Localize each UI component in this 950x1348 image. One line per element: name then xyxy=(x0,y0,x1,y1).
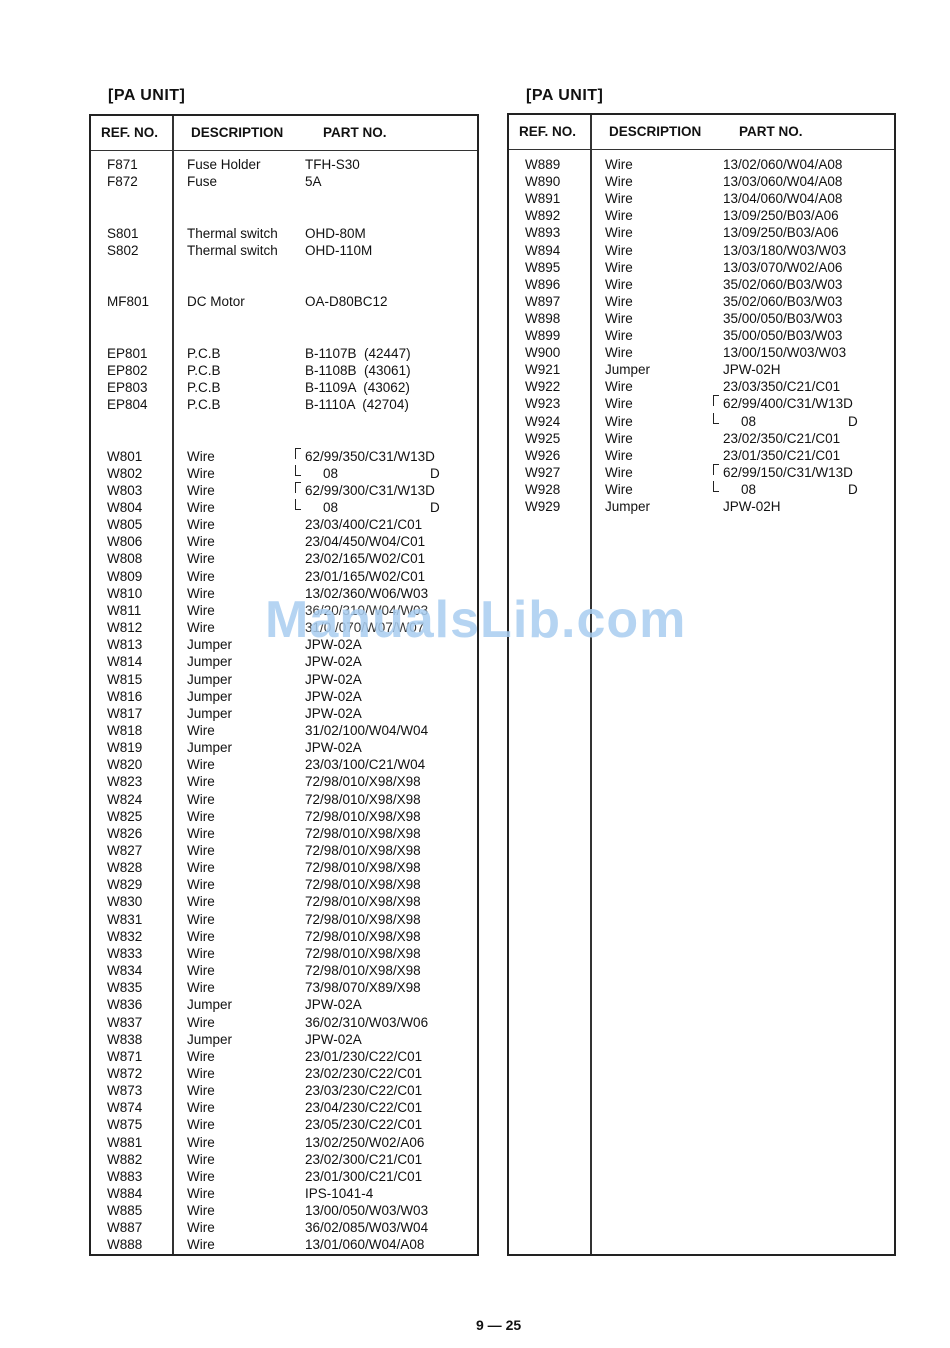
part-no: 13/00/050/W03/W03 xyxy=(305,1202,428,1219)
description: Jumper xyxy=(187,688,232,705)
ref-no: W883 xyxy=(107,1168,142,1185)
ref-no: W873 xyxy=(107,1082,142,1099)
table-row: W887Wire36/02/085/W03/W04 xyxy=(91,1219,477,1236)
part-no: 13/03/060/W04/A08 xyxy=(723,173,842,190)
description: Fuse xyxy=(187,173,217,190)
table-row: W891Wire13/04/060/W04/A08 xyxy=(509,190,894,207)
description: Wire xyxy=(187,1134,215,1151)
part-no: 62/99/400/C31/W13D xyxy=(723,395,853,412)
description: Wire xyxy=(605,224,633,241)
ref-no: W881 xyxy=(107,1134,142,1151)
part-no: 13/01/060/W04/A08 xyxy=(305,1236,424,1253)
description: Thermal switch xyxy=(187,242,278,259)
ref-no: W809 xyxy=(107,568,142,585)
table-row: W824Wire72/98/010/X98/X98 xyxy=(91,791,477,808)
description: Wire xyxy=(187,1202,215,1219)
part-no: 31/0 /070/W07/W07 xyxy=(305,619,424,636)
table-row: W921JumperJPW-02H xyxy=(509,361,894,378)
part-no: 23/03/100/C21/W04 xyxy=(305,756,425,773)
table-row: W814JumperJPW-02A xyxy=(91,653,477,670)
table-row: W896Wire35/02/060/B03/W03 xyxy=(509,276,894,293)
description: Wire xyxy=(187,533,215,550)
part-no: 72/98/010/X98/X98 xyxy=(305,911,421,928)
table-row: W928Wire08D xyxy=(509,481,894,498)
ref-no: W898 xyxy=(525,310,560,327)
table-row: W804Wire08D xyxy=(91,499,477,516)
ref-no: W872 xyxy=(107,1065,142,1082)
part-no: 13/03/180/W03/W03 xyxy=(723,242,846,259)
part-no: 23/03/230/C22/C01 xyxy=(305,1082,422,1099)
ref-no: W813 xyxy=(107,636,142,653)
part-no: OHD-110M xyxy=(305,242,372,259)
ref-no: W926 xyxy=(525,447,560,464)
table-row: W923Wire62/99/400/C31/W13D xyxy=(509,395,894,412)
description: Wire xyxy=(187,1185,215,1202)
ref-no: W825 xyxy=(107,808,142,825)
part-no: 72/98/010/X98/X98 xyxy=(305,773,421,790)
table-row: W884WireIPS-1041-4 xyxy=(91,1185,477,1202)
description: Wire xyxy=(187,568,215,585)
part-no: 13/02/360/W06/W03 xyxy=(305,585,428,602)
ref-no: W887 xyxy=(107,1219,142,1236)
table-row: W894Wire13/03/180/W03/W03 xyxy=(509,242,894,259)
part-no-suffix: D xyxy=(430,465,440,482)
ref-no: W824 xyxy=(107,791,142,808)
ref-no: W890 xyxy=(525,173,560,190)
ref-no: EP804 xyxy=(107,396,148,413)
ref-no: F871 xyxy=(107,156,138,173)
table-row: W811Wire36/20/310/W04/W03 xyxy=(91,602,477,619)
table-row: W893Wire13/09/250/B03/A06 xyxy=(509,224,894,241)
table-row: EP801P.C.BB-1107B (42447) xyxy=(91,345,477,362)
table-row: W825Wire72/98/010/X98/X98 xyxy=(91,808,477,825)
description: Wire xyxy=(187,1099,215,1116)
ref-no: W871 xyxy=(107,1048,142,1065)
spacer-row xyxy=(91,259,477,276)
ref-no: W923 xyxy=(525,395,560,412)
part-no: 13/02/060/W04/A08 xyxy=(723,156,842,173)
ref-no: W892 xyxy=(525,207,560,224)
ref-no: W833 xyxy=(107,945,142,962)
ref-no: W803 xyxy=(107,482,142,499)
part-no: JPW-02A xyxy=(305,739,362,756)
header-description: DESCRIPTION xyxy=(191,125,283,140)
part-no: 23/04/450/W04/C01 xyxy=(305,533,425,550)
part-no: 72/98/010/X98/X98 xyxy=(305,893,421,910)
part-no: 72/98/010/X98/X98 xyxy=(305,825,421,842)
left-unit-title: [PA UNIT] xyxy=(108,87,185,105)
ref-no: W875 xyxy=(107,1116,142,1133)
description: Jumper xyxy=(187,636,232,653)
table-row: W826Wire72/98/010/X98/X98 xyxy=(91,825,477,842)
table-row: W802Wire08D xyxy=(91,465,477,482)
table-row: W889Wire13/02/060/W04/A08 xyxy=(509,156,894,173)
part-no: 72/98/010/X98/X98 xyxy=(305,842,421,859)
description: Wire xyxy=(605,378,633,395)
ref-no: S802 xyxy=(107,242,139,259)
table-row: W801Wire62/99/350/C31/W13D xyxy=(91,448,477,465)
ref-no: W897 xyxy=(525,293,560,310)
bracket-icon xyxy=(713,395,719,406)
table-row: W830Wire72/98/010/X98/X98 xyxy=(91,893,477,910)
table-row: W828Wire72/98/010/X98/X98 xyxy=(91,859,477,876)
description: Wire xyxy=(605,413,633,430)
ref-no: W929 xyxy=(525,498,560,515)
part-no: 23/01/300/C21/C01 xyxy=(305,1168,422,1185)
description: Wire xyxy=(187,1236,215,1253)
part-no: 23/01/350/C21/C01 xyxy=(723,447,840,464)
spacer-row xyxy=(91,328,477,345)
part-no: JPW-02H xyxy=(723,361,781,378)
part-no: 23/01/165/W02/C01 xyxy=(305,568,425,585)
ref-no: W818 xyxy=(107,722,142,739)
ref-no: W900 xyxy=(525,344,560,361)
ref-no: W896 xyxy=(525,276,560,293)
part-no: JPW-02A xyxy=(305,671,362,688)
part-no: 23/05/230/C22/C01 xyxy=(305,1116,422,1133)
ref-no: W895 xyxy=(525,259,560,276)
table-row: W881Wire13/02/250/W02/A06 xyxy=(91,1134,477,1151)
spacer-row xyxy=(91,276,477,293)
table-row: F871Fuse HolderTFH-S30 xyxy=(91,156,477,173)
table-row: W872Wire23/02/230/C22/C01 xyxy=(91,1065,477,1082)
ref-no: W802 xyxy=(107,465,142,482)
description: Wire xyxy=(187,893,215,910)
table-row: W813JumperJPW-02A xyxy=(91,636,477,653)
table-row: W838JumperJPW-02A xyxy=(91,1031,477,1048)
bracket-icon xyxy=(295,448,301,459)
description: Wire xyxy=(605,276,633,293)
part-no: 35/00/050/B03/W03 xyxy=(723,310,842,327)
part-no: IPS-1041-4 xyxy=(305,1185,373,1202)
table-row: W836JumperJPW-02A xyxy=(91,996,477,1013)
header-ref-no: REF. NO. xyxy=(519,124,576,139)
description: Wire xyxy=(187,1048,215,1065)
description: P.C.B xyxy=(187,362,221,379)
header-part-no: PART NO. xyxy=(739,124,803,139)
description: Wire xyxy=(187,585,215,602)
table-row: W803Wire62/99/300/C31/W13D xyxy=(91,482,477,499)
part-no: 23/02/350/C21/C01 xyxy=(723,430,840,447)
description: Thermal switch xyxy=(187,225,278,242)
table-row: W873Wire23/03/230/C22/C01 xyxy=(91,1082,477,1099)
table-row: W924Wire08D xyxy=(509,413,894,430)
description: Jumper xyxy=(187,996,232,1013)
description: P.C.B xyxy=(187,345,221,362)
ref-no: EP801 xyxy=(107,345,148,362)
ref-no: W924 xyxy=(525,413,560,430)
part-no: 23/02/230/C22/C01 xyxy=(305,1065,422,1082)
table-row: W898Wire35/00/050/B03/W03 xyxy=(509,310,894,327)
table-row: W895Wire13/03/070/W02/A06 xyxy=(509,259,894,276)
table-row: W833Wire72/98/010/X98/X98 xyxy=(91,945,477,962)
description: Wire xyxy=(187,499,215,516)
ref-no: W829 xyxy=(107,876,142,893)
table-row: W922Wire23/03/350/C21/C01 xyxy=(509,378,894,395)
description: Jumper xyxy=(605,498,650,515)
description: Wire xyxy=(187,1082,215,1099)
ref-no: W874 xyxy=(107,1099,142,1116)
table-row: W805Wire23/03/400/C21/C01 xyxy=(91,516,477,533)
description: Wire xyxy=(187,808,215,825)
description: Wire xyxy=(605,293,633,310)
part-no: 31/02/100/W04/W04 xyxy=(305,722,428,739)
description: Wire xyxy=(187,842,215,859)
right-parts-table: REF. NO. DESCRIPTION PART NO. W889Wire13… xyxy=(507,113,896,1256)
description: Wire xyxy=(187,448,215,465)
description: Wire xyxy=(187,859,215,876)
part-no: 62/99/350/C31/W13D xyxy=(305,448,435,465)
part-no: B-1109A (43062) xyxy=(305,379,410,396)
description: Wire xyxy=(187,602,215,619)
part-no: 23/04/230/C22/C01 xyxy=(305,1099,422,1116)
part-no: 23/02/300/C21/C01 xyxy=(305,1151,422,1168)
bracket-icon xyxy=(295,482,301,493)
ref-no: W838 xyxy=(107,1031,142,1048)
ref-no: W830 xyxy=(107,893,142,910)
table-header: REF. NO. DESCRIPTION PART NO. xyxy=(509,115,894,150)
ref-no: W808 xyxy=(107,550,142,567)
table-row: W925Wire23/02/350/C21/C01 xyxy=(509,430,894,447)
description: Wire xyxy=(605,156,633,173)
ref-no: W922 xyxy=(525,378,560,395)
part-no: 62/99/150/C31/W13D xyxy=(723,464,853,481)
part-no: TFH-S30 xyxy=(305,156,360,173)
ref-no: W921 xyxy=(525,361,560,378)
description: Wire xyxy=(187,825,215,842)
description: Wire xyxy=(187,1168,215,1185)
description: Wire xyxy=(187,516,215,533)
part-no: B-1110A (42704) xyxy=(305,396,409,413)
description: Jumper xyxy=(187,653,232,670)
description: Wire xyxy=(187,962,215,979)
ref-no: W837 xyxy=(107,1014,142,1031)
table-row: W871Wire23/01/230/C22/C01 xyxy=(91,1048,477,1065)
table-row: S802Thermal switchOHD-110M xyxy=(91,242,477,259)
table-row: W875Wire23/05/230/C22/C01 xyxy=(91,1116,477,1133)
description: Wire xyxy=(605,481,633,498)
description: Wire xyxy=(605,327,633,344)
part-no: 23/03/350/C21/C01 xyxy=(723,378,840,395)
table-row: W834Wire72/98/010/X98/X98 xyxy=(91,962,477,979)
description: Wire xyxy=(187,1065,215,1082)
ref-no: W888 xyxy=(107,1236,142,1253)
table-row: F872Fuse5A xyxy=(91,173,477,190)
part-no-suffix: D xyxy=(430,499,440,516)
header-ref-no: REF. NO. xyxy=(101,125,158,140)
table-row: W823Wire72/98/010/X98/X98 xyxy=(91,773,477,790)
bracket-icon xyxy=(713,413,719,424)
description: Wire xyxy=(187,876,215,893)
ref-no: W820 xyxy=(107,756,142,773)
ref-no: W819 xyxy=(107,739,142,756)
ref-no: W835 xyxy=(107,979,142,996)
description: Wire xyxy=(187,550,215,567)
table-row: W819JumperJPW-02A xyxy=(91,739,477,756)
ref-no: W884 xyxy=(107,1185,142,1202)
part-no: 08 xyxy=(741,413,756,430)
ref-no: W882 xyxy=(107,1151,142,1168)
part-no: JPW-02H xyxy=(723,498,781,515)
part-no: 72/98/010/X98/X98 xyxy=(305,791,421,808)
description: Wire xyxy=(605,344,633,361)
ref-no: W925 xyxy=(525,430,560,447)
description: Wire xyxy=(187,619,215,636)
ref-no: W806 xyxy=(107,533,142,550)
description: Wire xyxy=(187,979,215,996)
part-no: 23/02/165/W02/C01 xyxy=(305,550,425,567)
table-row: W835Wire73/98/070/X89/X98 xyxy=(91,979,477,996)
ref-no: W893 xyxy=(525,224,560,241)
ref-no: W894 xyxy=(525,242,560,259)
ref-no: W831 xyxy=(107,911,142,928)
spacer-row xyxy=(91,413,477,430)
table-row: W888Wire13/01/060/W04/A08 xyxy=(91,1236,477,1253)
description: Wire xyxy=(187,791,215,808)
description: Wire xyxy=(187,911,215,928)
description: Wire xyxy=(605,173,633,190)
table-row: W808Wire23/02/165/W02/C01 xyxy=(91,550,477,567)
ref-no: W836 xyxy=(107,996,142,1013)
description: Wire xyxy=(187,1014,215,1031)
description: P.C.B xyxy=(187,396,221,413)
page-number: 9 — 25 xyxy=(476,1317,521,1333)
table-header: REF. NO. DESCRIPTION PART NO. xyxy=(91,116,477,151)
part-no: 72/98/010/X98/X98 xyxy=(305,808,421,825)
part-no: 35/02/060/B03/W03 xyxy=(723,276,842,293)
table-row: W874Wire23/04/230/C22/C01 xyxy=(91,1099,477,1116)
description: Jumper xyxy=(187,671,232,688)
table-row: EP803P.C.BB-1109A (43062) xyxy=(91,379,477,396)
table-row: EP804P.C.BB-1110A (42704) xyxy=(91,396,477,413)
description: Wire xyxy=(187,465,215,482)
ref-no: W828 xyxy=(107,859,142,876)
ref-no: W834 xyxy=(107,962,142,979)
part-no: JPW-02A xyxy=(305,1031,362,1048)
ref-no: W885 xyxy=(107,1202,142,1219)
table-row: W816JumperJPW-02A xyxy=(91,688,477,705)
table-row: W820Wire23/03/100/C21/W04 xyxy=(91,756,477,773)
part-no: 73/98/070/X89/X98 xyxy=(305,979,421,996)
part-no: 36/20/310/W04/W03 xyxy=(305,602,428,619)
part-no: JPW-02A xyxy=(305,636,362,653)
part-no: B-1108B (43061) xyxy=(305,362,411,379)
part-no: 72/98/010/X98/X98 xyxy=(305,928,421,945)
table-row: W810Wire13/02/360/W06/W03 xyxy=(91,585,477,602)
table-row: W817JumperJPW-02A xyxy=(91,705,477,722)
description: Jumper xyxy=(187,1031,232,1048)
description: Wire xyxy=(605,310,633,327)
part-no: B-1107B (42447) xyxy=(305,345,411,362)
part-no: 72/98/010/X98/X98 xyxy=(305,876,421,893)
ref-no: W811 xyxy=(107,602,141,619)
ref-no: W810 xyxy=(107,585,142,602)
part-no: 13/00/150/W03/W03 xyxy=(723,344,846,361)
left-parts-table: REF. NO. DESCRIPTION PART NO. F871Fuse H… xyxy=(89,114,479,1256)
table-row: W831Wire72/98/010/X98/X98 xyxy=(91,911,477,928)
spacer-row xyxy=(91,310,477,327)
description: Wire xyxy=(187,1219,215,1236)
table-row: W827Wire72/98/010/X98/X98 xyxy=(91,842,477,859)
bracket-icon xyxy=(295,465,301,476)
bracket-icon xyxy=(713,481,719,492)
description: Wire xyxy=(605,259,633,276)
part-no: 72/98/010/X98/X98 xyxy=(305,962,421,979)
part-no: JPW-02A xyxy=(305,688,362,705)
header-description: DESCRIPTION xyxy=(609,124,701,139)
spacer-row xyxy=(91,190,477,207)
ref-no: MF801 xyxy=(107,293,149,310)
ref-no: W816 xyxy=(107,688,142,705)
table-row: W806Wire23/04/450/W04/C01 xyxy=(91,533,477,550)
ref-no: W804 xyxy=(107,499,142,516)
part-no: OHD-80M xyxy=(305,225,366,242)
table-row: W815JumperJPW-02A xyxy=(91,671,477,688)
table-row: W837Wire36/02/310/W03/W06 xyxy=(91,1014,477,1031)
ref-no: W812 xyxy=(107,619,142,636)
part-no: 62/99/300/C31/W13D xyxy=(305,482,435,499)
bracket-icon xyxy=(713,464,719,475)
right-unit-title: [PA UNIT] xyxy=(526,87,603,105)
part-no: 72/98/010/X98/X98 xyxy=(305,945,421,962)
part-no-suffix: D xyxy=(848,481,858,498)
table-row: W927Wire62/99/150/C31/W13D xyxy=(509,464,894,481)
table-row: W832Wire72/98/010/X98/X98 xyxy=(91,928,477,945)
ref-no: W826 xyxy=(107,825,142,842)
description: Wire xyxy=(187,928,215,945)
part-no: 36/02/085/W03/W04 xyxy=(305,1219,428,1236)
description: Wire xyxy=(187,756,215,773)
ref-no: W889 xyxy=(525,156,560,173)
ref-no: W817 xyxy=(107,705,142,722)
ref-no: W928 xyxy=(525,481,560,498)
description: Fuse Holder xyxy=(187,156,261,173)
part-no: 72/98/010/X98/X98 xyxy=(305,859,421,876)
ref-no: EP803 xyxy=(107,379,148,396)
header-part-no: PART NO. xyxy=(323,125,387,140)
part-no: 35/02/060/B03/W03 xyxy=(723,293,842,310)
table-row: W809Wire23/01/165/W02/C01 xyxy=(91,568,477,585)
spacer-row xyxy=(91,430,477,447)
table-row: W899Wire35/00/050/B03/W03 xyxy=(509,327,894,344)
description: Wire xyxy=(187,773,215,790)
ref-no: W805 xyxy=(107,516,142,533)
table-row: W885Wire13/00/050/W03/W03 xyxy=(91,1202,477,1219)
ref-no: W899 xyxy=(525,327,560,344)
part-no: 23/03/400/C21/C01 xyxy=(305,516,422,533)
ref-no: W891 xyxy=(525,190,560,207)
description: Wire xyxy=(187,1116,215,1133)
description: Wire xyxy=(605,242,633,259)
part-no: 08 xyxy=(323,499,338,516)
description: Wire xyxy=(605,447,633,464)
part-no: 13/09/250/B03/A06 xyxy=(723,224,839,241)
bracket-icon xyxy=(295,499,301,510)
part-no: 13/09/250/B03/A06 xyxy=(723,207,839,224)
description: Wire xyxy=(605,430,633,447)
part-no-suffix: D xyxy=(848,413,858,430)
part-no: JPW-02A xyxy=(305,705,362,722)
table-row: W818Wire31/02/100/W04/W04 xyxy=(91,722,477,739)
part-no: 13/03/070/W02/A06 xyxy=(723,259,842,276)
part-no: 08 xyxy=(741,481,756,498)
part-no: 08 xyxy=(323,465,338,482)
description: P.C.B xyxy=(187,379,221,396)
description: Wire xyxy=(187,1151,215,1168)
table-row: W883Wire23/01/300/C21/C01 xyxy=(91,1168,477,1185)
part-no: 35/00/050/B03/W03 xyxy=(723,327,842,344)
description: Wire xyxy=(605,395,633,412)
